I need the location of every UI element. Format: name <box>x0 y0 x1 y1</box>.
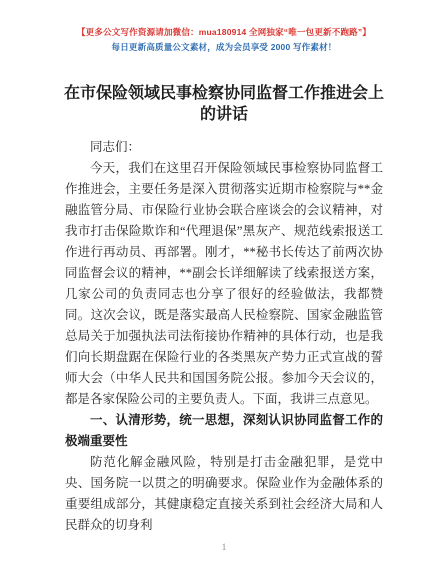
promo-header: 【更多公文写作资源请加微信：mua180914 全网独家“唯一包更新不跑路”】 … <box>0 0 448 53</box>
document-body: 同志们：今天，我们在这里召开保险领域民事检察协同监督工作推进会，主要任务是深入贯… <box>0 137 448 536</box>
page-number: 1 <box>0 542 448 552</box>
paragraph: 防范化解金融风险，特别是打击金融犯罪，是党中央、国务院一以贯之的明确要求。保险业… <box>65 452 383 536</box>
document-page: 【更多公文写作资源请加微信：mua180914 全网独家“唯一包更新不跑路”】 … <box>0 0 448 580</box>
paragraph: 今天，我们在这里召开保险领域民事检察协同监督工作推进会，主要任务是深入贯彻落实近… <box>65 158 383 410</box>
promo-line-blue: 每日更新高质量公文素材，成为会员享受 2000 写作素材！ <box>0 41 448 53</box>
promo-line-red: 【更多公文写作资源请加微信：mua180914 全网独家“唯一包更新不跑路”】 <box>0 26 448 38</box>
paragraph: 同志们： <box>65 137 383 158</box>
section-heading: 一、认清形势，统一思想，深刻认识协同监督工作的极端重要性 <box>65 410 383 452</box>
document-title: 在市保险领域民事检察协同监督工作推进会上的讲话 <box>64 83 384 125</box>
